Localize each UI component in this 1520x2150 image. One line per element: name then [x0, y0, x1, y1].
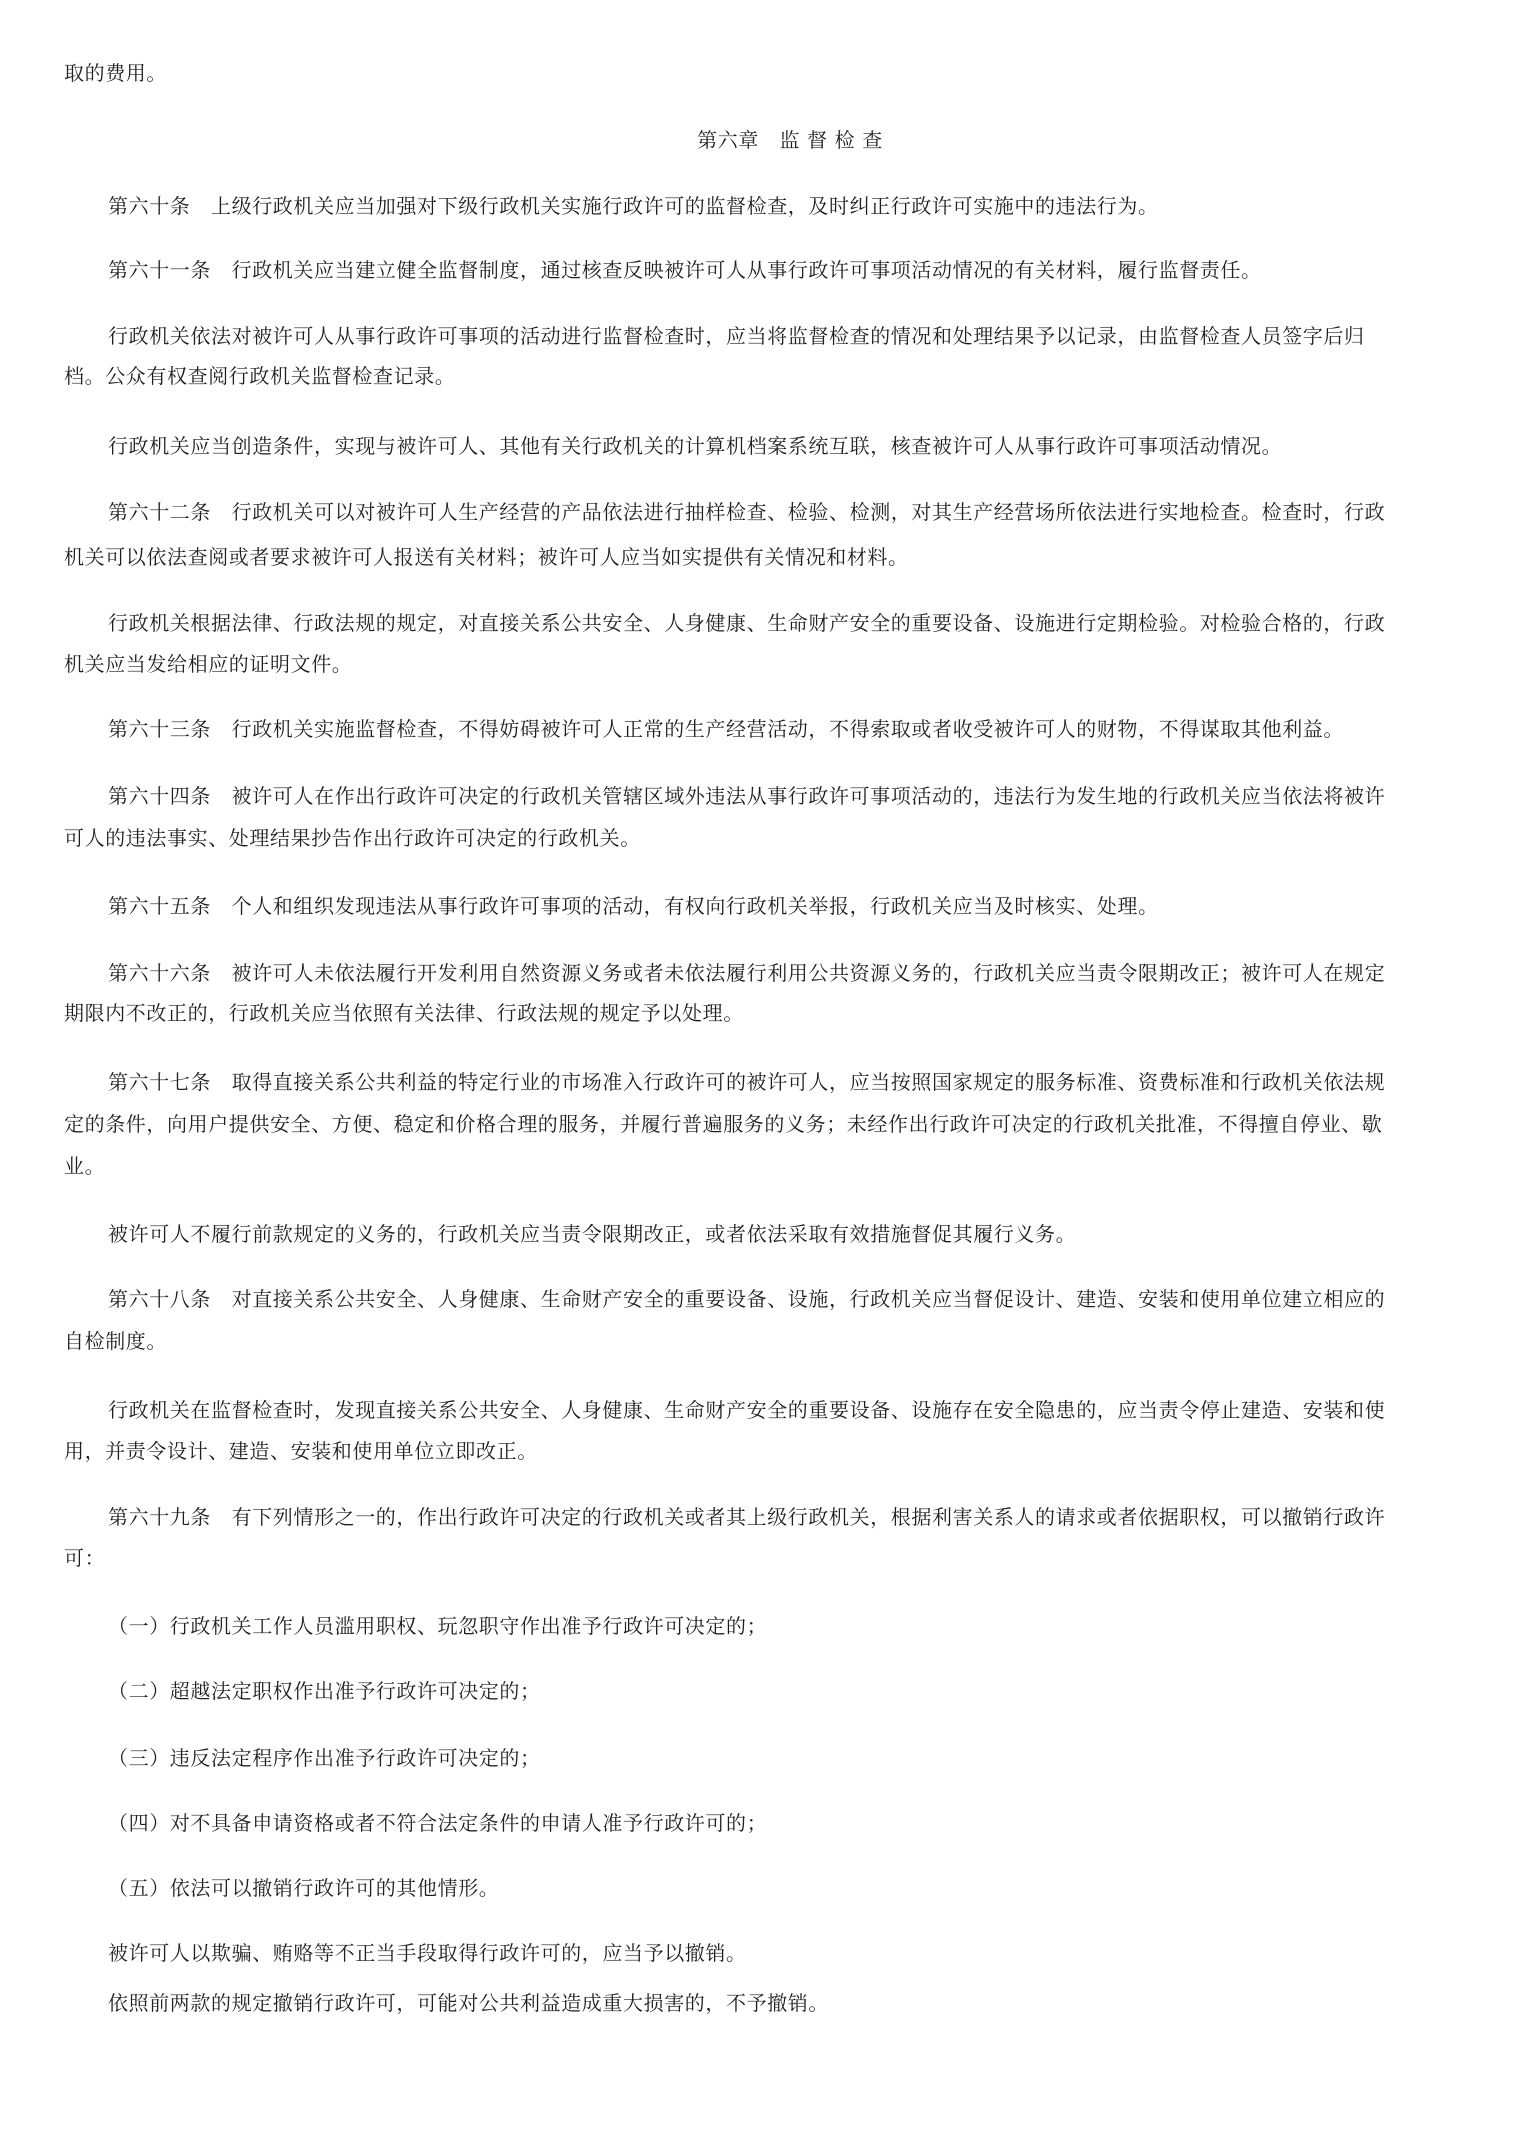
paragraph-line: 行政机关应当创造条件，实现与被许可人、其他有关行政机关的计算机档案系统互联，核查… — [108, 433, 1282, 459]
paragraph-line: 第六十九条 有下列情形之一的，作出行政许可决定的行政机关或者其上级行政机关，根据… — [108, 1504, 1385, 1530]
paragraph-line: 机关应当发给相应的证明文件。 — [64, 651, 352, 677]
paragraph-line: 第六十一条 行政机关应当建立健全监督制度，通过核查反映被许可人从事行政许可事项活… — [108, 257, 1262, 283]
paragraph-line: 机关可以依法查阅或者要求被许可人报送有关材料；被许可人应当如实提供有关情况和材料… — [64, 544, 909, 570]
paragraph-line: 第六十条 上级行政机关应当加强对下级行政机关实施行政许可的监督检查，及时纠正行政… — [108, 193, 1159, 219]
paragraph-line: 业。 — [64, 1153, 105, 1179]
list-item: （五）依法可以撤销行政许可的其他情形。 — [108, 1875, 499, 1901]
list-item: （四）对不具备申请资格或者不符合法定条件的申请人准予行政许可的； — [108, 1810, 767, 1836]
paragraph-line: 第六十二条 行政机关可以对被许可人生产经营的产品依法进行抽样检查、检验、检测，对… — [108, 499, 1385, 525]
paragraph-line: 第六十四条 被许可人在作出行政许可决定的行政机关管辖区域外违法从事行政许可事项活… — [108, 783, 1385, 809]
paragraph-line: 行政机关在监督检查时，发现直接关系公共安全、人身健康、生命财产安全的重要设备、设… — [108, 1397, 1385, 1423]
paragraph-line: 可人的违法事实、处理结果抄告作出行政许可决定的行政机关。 — [64, 825, 641, 851]
list-item: （二）超越法定职权作出准予行政许可决定的； — [108, 1678, 541, 1704]
paragraph-line: 第六十五条 个人和组织发现违法从事行政许可事项的活动，有权向行政机关举报，行政机… — [108, 893, 1159, 919]
paragraph-line: 档。公众有权查阅行政机关监督检查记录。 — [64, 363, 455, 389]
list-item: （一）行政机关工作人员滥用职权、玩忽职守作出准予行政许可决定的； — [108, 1613, 767, 1639]
paragraph-line: 期限内不改正的，行政机关应当依照有关法律、行政法规的规定予以处理。 — [64, 1000, 744, 1026]
list-item: （三）违反法定程序作出准予行政许可决定的； — [108, 1745, 541, 1771]
paragraph-line: 依照前两款的规定撤销行政许可，可能对公共利益造成重大损害的，不予撤销。 — [108, 1990, 829, 2016]
paragraph-line: 定的条件，向用户提供安全、方便、稳定和价格合理的服务，并履行普遍服务的义务；未经… — [64, 1111, 1382, 1137]
lead-fragment: 取的费用。 — [64, 60, 167, 86]
paragraph-line: 第六十八条 对直接关系公共安全、人身健康、生命财产安全的重要设备、设施，行政机关… — [108, 1286, 1385, 1312]
paragraph-line: 被许可人以欺骗、贿赂等不正当手段取得行政许可的，应当予以撤销。 — [108, 1940, 747, 1966]
paragraph-line: 用，并责令设计、建造、安装和使用单位立即改正。 — [64, 1438, 538, 1464]
paragraph-line: 被许可人不履行前款规定的义务的，行政机关应当责令限期改正，或者依法采取有效措施督… — [108, 1221, 1076, 1247]
paragraph-line: 行政机关依法对被许可人从事行政许可事项的活动进行监督检查时，应当将监督检查的情况… — [108, 323, 1365, 349]
paragraph-line: 第六十六条 被许可人未依法履行开发利用自然资源义务或者未依法履行利用公共资源义务… — [108, 960, 1385, 986]
paragraph-line: 行政机关根据法律、行政法规的规定，对直接关系公共安全、人身健康、生命财产安全的重… — [108, 610, 1385, 636]
paragraph-line: 第六十七条 取得直接关系公共利益的特定行业的市场准入行政许可的被许可人，应当按照… — [108, 1069, 1385, 1095]
chapter-title: 第六章 监 督 检 查 — [0, 127, 1520, 153]
paragraph-line: 自检制度。 — [64, 1328, 167, 1354]
paragraph-line: 可： — [64, 1545, 105, 1571]
paragraph-line: 第六十三条 行政机关实施监督检查，不得妨碍被许可人正常的生产经营活动，不得索取或… — [108, 716, 1344, 742]
